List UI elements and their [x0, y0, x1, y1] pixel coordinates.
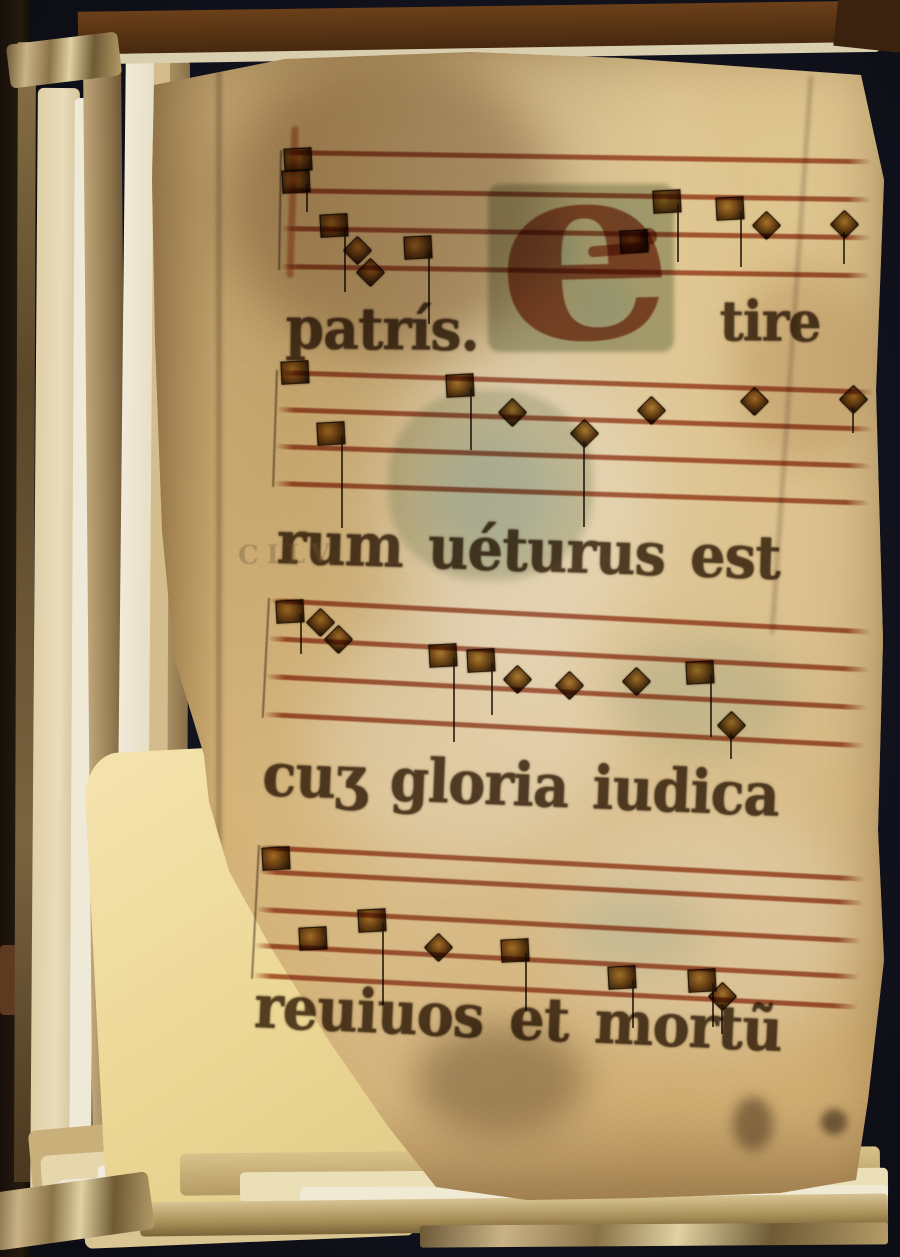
neume-square [446, 374, 474, 397]
showthrough-ghost-text: CILV [238, 539, 339, 571]
neume-square [653, 190, 681, 213]
neume-stem [710, 675, 712, 737]
neume-head [740, 387, 770, 417]
neume-diamond [626, 671, 647, 692]
leaf-content: e patrís. tire rum uéturus est cuʒ glori… [0, 0, 900, 1257]
neume-diamond [360, 262, 381, 283]
staff-start-stroke [272, 370, 278, 487]
neume-square [429, 644, 457, 667]
neume-head [280, 360, 309, 384]
neume-diamond [559, 675, 580, 696]
neume-head [424, 933, 454, 963]
neume-diamond [756, 215, 777, 236]
neume-head [637, 396, 667, 426]
neume-stem [525, 953, 527, 1011]
neume-diamond [574, 423, 595, 444]
neume-diamond [347, 240, 368, 261]
neume-head [261, 846, 290, 870]
music-staff [270, 598, 871, 630]
neume-diamond [712, 986, 733, 1007]
neume-stem [306, 184, 308, 212]
neume-stem [852, 407, 854, 433]
neume-head [324, 625, 354, 655]
neume-head [356, 258, 386, 288]
neume-head [619, 229, 648, 253]
neume-head [622, 667, 652, 697]
neume-stem [344, 228, 346, 292]
neume-diamond [721, 715, 742, 736]
neume-square [320, 214, 348, 237]
neume-stem [470, 388, 472, 450]
neume-square [716, 197, 744, 220]
neume-square [281, 361, 309, 384]
neume-stem [491, 663, 493, 715]
staff-start-stroke [278, 150, 282, 270]
neume-stem [583, 441, 585, 527]
neume-square [276, 600, 304, 623]
neume-head [298, 926, 327, 950]
neume-stem [721, 1004, 723, 1034]
neume-square [608, 966, 636, 989]
neume-diamond [507, 669, 528, 690]
neume-diamond [834, 214, 855, 235]
neume-diamond [328, 629, 349, 650]
neume-square [686, 661, 714, 684]
staff-line [268, 636, 869, 672]
manuscript-photo: e patrís. tire rum uéturus est cuʒ glori… [0, 0, 900, 1257]
neume-diamond [744, 391, 765, 412]
neume-square [282, 170, 310, 193]
neume-stem [632, 980, 634, 1028]
chant-text-line: rum uéturus est [276, 508, 781, 594]
staff-line [255, 943, 860, 980]
neume-stem [428, 250, 430, 324]
chant-text-line: tire [719, 288, 821, 354]
neume-square [467, 649, 495, 672]
chant-text-line: patrís. [285, 294, 479, 364]
neume-square [317, 422, 345, 445]
neume-stem [843, 232, 845, 264]
neume-head [498, 398, 528, 428]
neume-stem [730, 733, 732, 759]
neume-diamond [641, 400, 662, 421]
neume-head [752, 211, 782, 241]
neume-stem [341, 436, 343, 528]
staff-start-stroke [262, 598, 270, 718]
neume-head [555, 671, 585, 701]
neume-stem [382, 923, 384, 1005]
neume-head [283, 147, 312, 171]
neume-square [358, 909, 386, 932]
chant-text-line: cuʒ gloria iudica [261, 740, 780, 831]
staff-line [270, 598, 871, 634]
staff-line [256, 907, 861, 944]
neume-square [262, 847, 290, 870]
neume-diamond [428, 937, 449, 958]
illuminated-initial: e [492, 123, 677, 377]
neume-square [620, 230, 648, 253]
neume-square [299, 927, 327, 950]
neume-head [503, 665, 533, 695]
neume-stem [677, 204, 679, 262]
neume-square [404, 236, 432, 259]
neume-stem [300, 614, 302, 654]
neume-diamond [843, 389, 864, 410]
neume-stem [453, 658, 455, 742]
neume-diamond [502, 402, 523, 423]
neume-square [501, 939, 529, 962]
neume-square [284, 148, 312, 171]
music-staff [260, 845, 865, 877]
neume-stem [740, 211, 742, 267]
